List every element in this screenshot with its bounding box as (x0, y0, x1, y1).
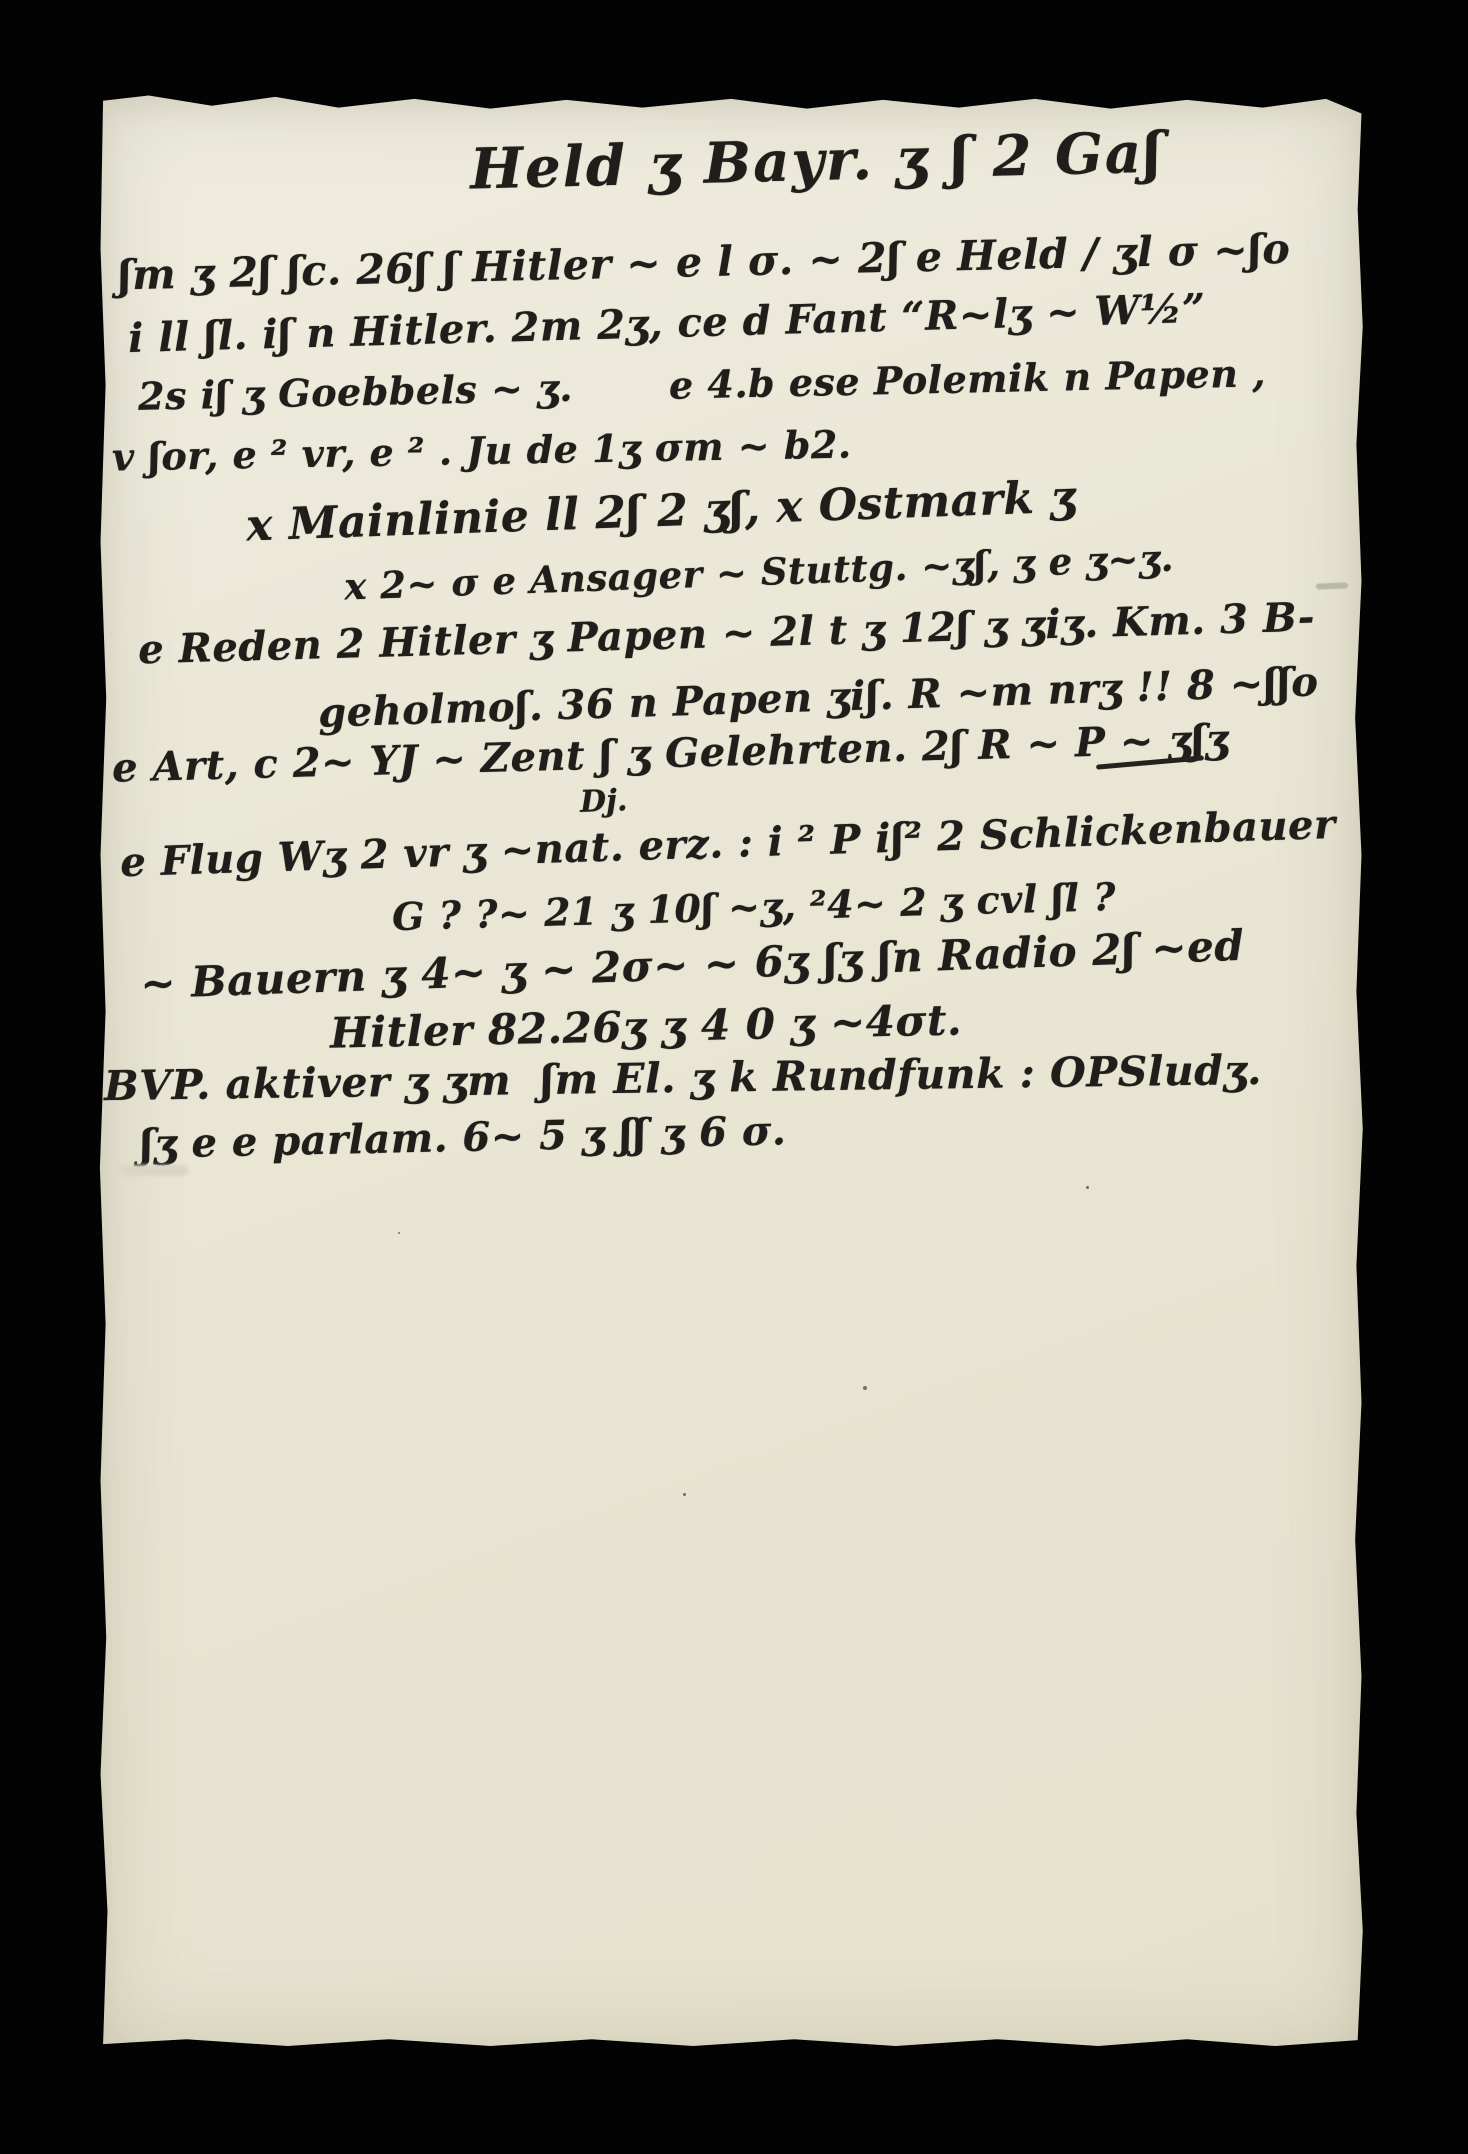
manuscript-page: Held ʒ Bayr. ʒ ʃ 2 Gaʃ ʃm ʒ 2ʃ ʃc. 26ʃ ʃ… (98, 92, 1364, 2048)
handwritten-line-12: ~ Bauern ʒ 4~ ʒ ~ 2σ~ ~ 6ʒ ʃʒ ʃn Radio 2… (139, 921, 1244, 1009)
ink-speck (1086, 1186, 1089, 1189)
superscript-note: Dj. (579, 783, 628, 820)
handwritten-line-6: x 2~ σ e Ansager ~ Stuttg. ~ʒʃ, ʒ e ʒ~ʒ. (343, 536, 1174, 609)
handwritten-line-10: e Flug Wʒ 2 vr ʒ ~nat. erz. : i ² P iʃ² … (120, 801, 1337, 886)
handwritten-line-13: Hitler 82.26ʒ ʒ 4 0 ʒ ~4σt. (330, 995, 963, 1057)
handwritten-line-3: 2s iʃ ʒ Goebbels ~ ʒ. e 4.b ese Polemik … (138, 350, 1267, 419)
ink-speck (398, 1232, 400, 1234)
handwritten-line-2: i ll ʃl. iʃ n Hitler. 2m 2ʒ, ce d Fant “… (128, 285, 1207, 362)
handwritten-line-7: e Reden 2 Hitler ʒ Papen ~ 2l t ʒ 12ʃ ʒ … (138, 594, 1316, 674)
handwritten-line-15: ʃʒ e e parlam. 6~ 5 ʒ ʃʃ ʒ 6 σ. (140, 1107, 787, 1168)
handwritten-line-4: v ʃor, e ² vr, e ² . Ju de 1ʒ σm ~ b2. (112, 422, 852, 480)
ink-speck (683, 1493, 686, 1496)
page-title: Held ʒ Bayr. ʒ ʃ 2 Gaʃ (469, 120, 1164, 203)
ink-speck (863, 1386, 867, 1390)
scan-background: Held ʒ Bayr. ʒ ʃ 2 Gaʃ ʃm ʒ 2ʃ ʃc. 26ʃ ʃ… (0, 0, 1468, 2154)
handwritten-line-5: x Mainlinie ll 2ʃ 2 ʒʃ, x Ostmark ʒ (245, 472, 1076, 552)
handwritten-line-14: BVP. aktiver ʒ ʒm ʃm El. ʒ k Rundfunk : … (104, 1046, 1262, 1110)
erasure-smudge (120, 1165, 188, 1176)
pencil-mark (1316, 582, 1348, 589)
handwritten-line-9: e Art, c 2~ YJ ~ Zent ʃ ʒ Gelehrten. 2ʃ … (112, 715, 1230, 791)
